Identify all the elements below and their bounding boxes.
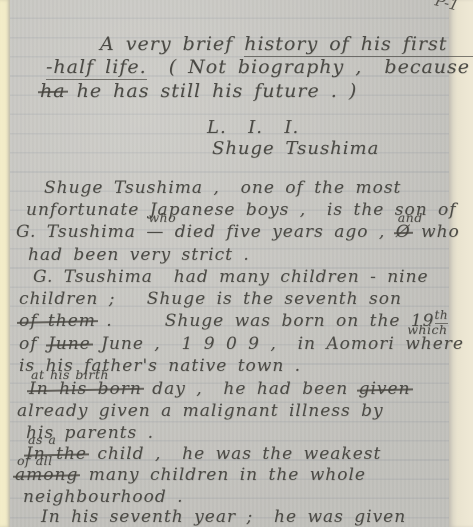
body-text: In his seventh year ; he was given — [41, 507, 406, 527]
insertion-base: —who — [146, 222, 164, 242]
body-text: day , he had been — [142, 379, 359, 399]
manuscript-line-10: G. Tsushima had many children - nine — [33, 267, 429, 287]
corrected-word: where — [405, 334, 464, 354]
manuscript-page: P-1 A very brief history of his first -h… — [0, 0, 473, 527]
body-text: children ; Shuge is the seventh son — [19, 289, 402, 309]
title-text-underlined: history of his first — [244, 33, 447, 57]
corrected-phrase: among — [15, 465, 78, 485]
body-text: Shuge Tsushima , one of the most — [44, 178, 401, 198]
page-left-edge — [0, 0, 10, 527]
page-number-mark: P-1 — [433, 0, 461, 15]
author-name: Shuge Tsushima — [212, 138, 379, 159]
body-text: neighbourhood . — [23, 487, 184, 507]
body-text: June , 1 9 0 9 , in Aomori — [91, 334, 406, 354]
manuscript-line-21: In his seventh year ; he was given — [41, 507, 406, 527]
title-text-underlined: -half life. — [46, 56, 147, 80]
manuscript-line-1: A very brief history of his first — [100, 33, 473, 55]
corrected-phrase: In his born — [29, 379, 142, 399]
manuscript-line-4: L. I. I. — [207, 117, 299, 138]
scribbled-word: Øand — [396, 222, 411, 242]
corrected-word: wherewhich — [405, 334, 464, 354]
section-heading: L. I. I. — [207, 117, 299, 138]
corrected-phrase: amongof all — [15, 465, 78, 485]
manuscript-line-3: ha he has still his future . ) — [40, 80, 357, 102]
body-text: . — [464, 334, 473, 354]
manuscript-line-18: In theas a child , he was the weakest — [26, 444, 381, 464]
body-text: G. Tsushima had many children - nine — [33, 267, 429, 287]
manuscript-line-6: Shuge Tsushima , one of the most — [44, 178, 401, 198]
underline-extension — [447, 33, 473, 57]
struck-word: given — [359, 379, 411, 399]
body-text: G. Tsushima — [16, 222, 146, 242]
insertion-base: — — [146, 222, 164, 242]
title-text: A very brief — [100, 33, 244, 55]
manuscript-line-19: amongof all many children in the whole — [15, 465, 366, 485]
manuscript-line-13: of June June , 1 9 0 9 , in Aomori where… — [19, 334, 473, 354]
corrected-phrase: In his bornat his birth — [29, 379, 142, 399]
body-text: died five years ago , — [164, 222, 395, 242]
manuscript-line-15: In his bornat his birth day , he had bee… — [29, 379, 411, 399]
manuscript-line-8: G. Tsushima —who died five years ago , Ø… — [16, 222, 460, 242]
page-right-edge — [449, 0, 473, 527]
body-text: of — [19, 334, 48, 354]
body-text: unfortunate Japanese boys , is the son o… — [26, 200, 457, 220]
manuscript-line-12: of them . Shuge was born on the 19th — [19, 311, 448, 331]
manuscript-line-2: -half life. ( Not biography , because — [46, 56, 470, 78]
body-text: many children in the whole — [78, 465, 366, 485]
scribbled-word: Ø — [396, 222, 411, 242]
struck-word: of them — [19, 311, 96, 331]
insertion-above: who — [148, 210, 176, 225]
body-text: . Shuge was born on the 19 — [96, 311, 435, 331]
body-text: had been very strict . — [28, 245, 250, 265]
insertion-above: and — [398, 210, 423, 225]
manuscript-line-9: had been very strict . — [28, 245, 250, 265]
struck-word: ha — [40, 80, 66, 102]
struck-word: June — [48, 334, 91, 354]
body-text: already given a malignant illness by — [17, 401, 384, 421]
body-text: child , he was the weakest — [87, 444, 381, 464]
insertion-above: as a — [28, 432, 56, 447]
insertion-above: which — [407, 322, 447, 337]
manuscript-line-11: children ; Shuge is the seventh son — [19, 289, 402, 309]
title-text: he has still his future . ) — [66, 80, 358, 102]
manuscript-line-7: unfortunate Japanese boys , is the son o… — [26, 200, 457, 220]
body-text: who — [411, 222, 460, 242]
title-text: ( Not biography , because — [147, 56, 470, 78]
manuscript-line-20: neighbourhood . — [23, 487, 184, 507]
insertion-above: at his birth — [31, 367, 109, 382]
insertion-above: of all — [17, 453, 53, 468]
manuscript-line-5: Shuge Tsushima — [212, 138, 379, 159]
manuscript-line-16: already given a malignant illness by — [17, 401, 384, 421]
